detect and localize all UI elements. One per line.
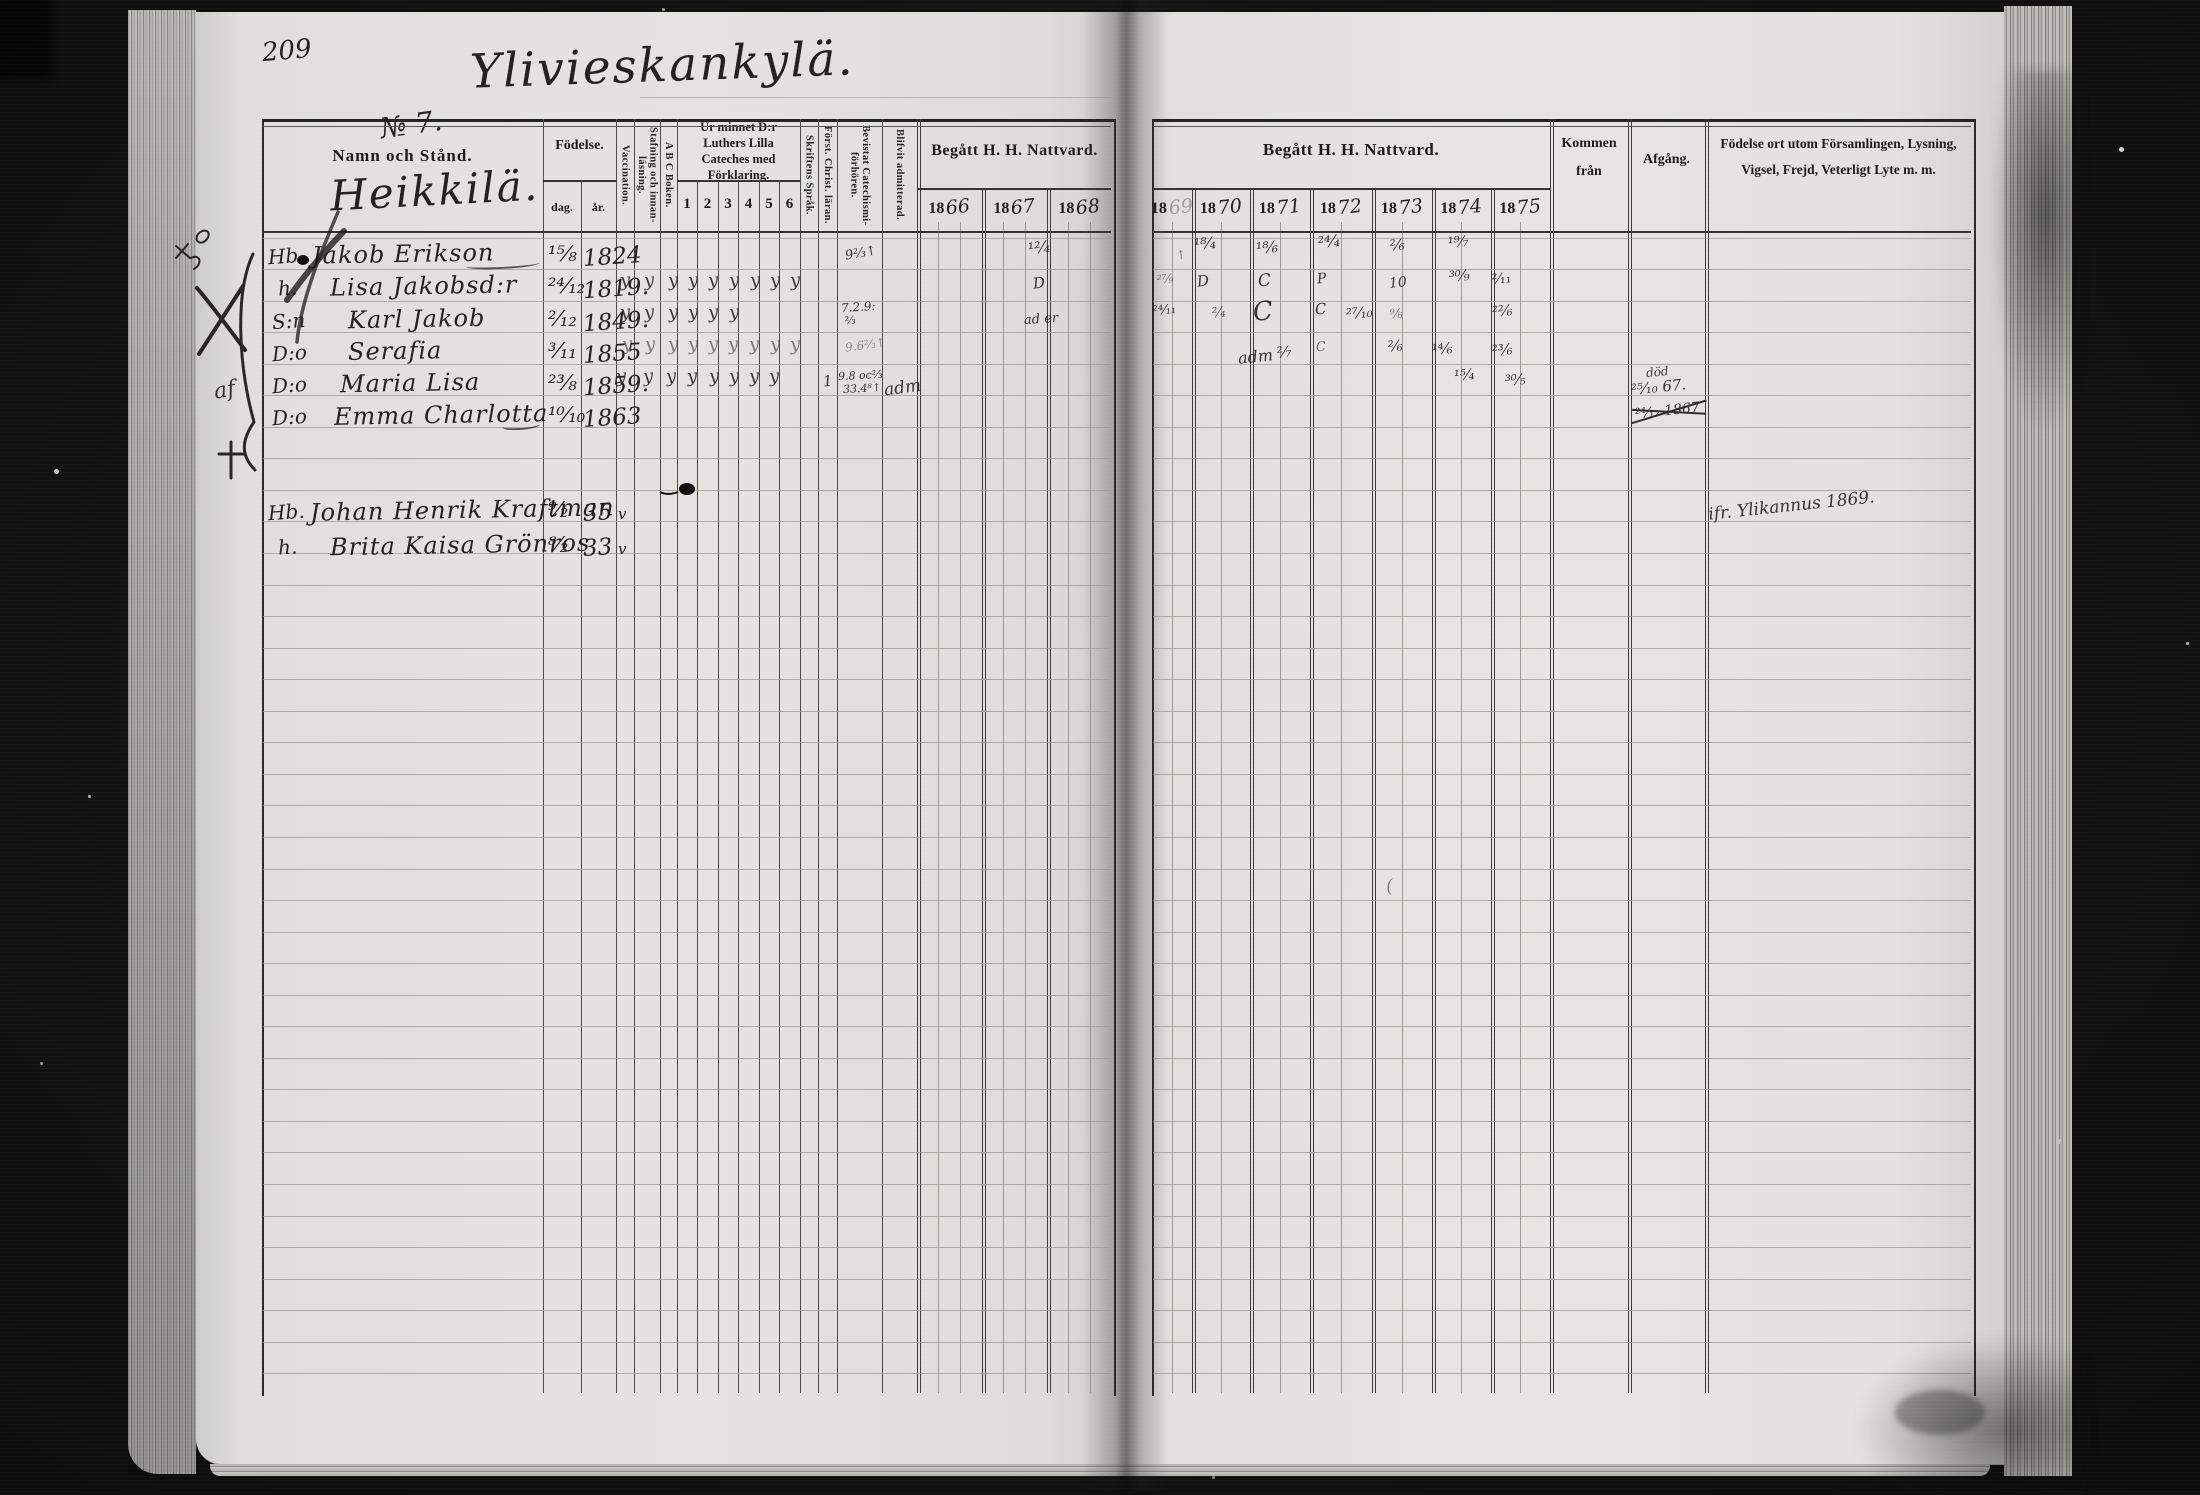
reading-check-mark: y (642, 366, 654, 388)
column-line (1221, 222, 1222, 1393)
column-line (1025, 222, 1026, 1393)
ruled-line (1153, 1310, 1971, 1311)
ruled-line (1153, 231, 1971, 233)
ruled-line (1153, 269, 1971, 270)
stafning-header: Stafning och innan-läsning. (634, 121, 660, 229)
column-line (1341, 222, 1342, 1393)
column-line (1172, 222, 1173, 1393)
reading-check-mark: y (643, 270, 655, 292)
column-line (738, 180, 739, 1393)
column-line (917, 119, 921, 1393)
ruled-line (263, 742, 1111, 743)
column-line (818, 119, 819, 1393)
reading-check-mark: y (728, 366, 740, 388)
row-prefix: S:n (271, 308, 306, 334)
skriftens-label: Skriftens Språk. (803, 135, 814, 215)
abc-label: A B C Boken. (663, 142, 674, 207)
ruled-line (1153, 1279, 1971, 1280)
row-prefix: Hb. (267, 499, 305, 525)
ink-mark: ²⁄₁₁ (1491, 270, 1512, 288)
row-birth-year: 35 (582, 499, 613, 527)
ink-mark: ¹⁸⁄₆ (1255, 237, 1279, 258)
column-line (1432, 188, 1436, 1393)
row-name: Maria Lisa (340, 368, 481, 398)
ruled-line (1153, 1247, 1971, 1248)
ink-mark: ¹⁸⁄₄ (1193, 233, 1217, 254)
ruled-line (263, 1216, 1111, 1217)
column-line (1250, 188, 1254, 1393)
column-line (837, 119, 838, 1393)
reading-check-mark: y (749, 270, 761, 292)
ruled-line (1153, 553, 1971, 554)
row-prefix: D:o (271, 372, 307, 398)
ruled-line (1153, 837, 1971, 838)
ink-mark: P (1316, 271, 1327, 288)
ruled-line (1153, 301, 1971, 302)
ruled-line (1153, 1026, 1971, 1027)
blifvit-header: Blifvit admitterad. (882, 121, 917, 229)
ruled-line (1153, 963, 1971, 964)
reading-check-mark: y (748, 334, 760, 356)
ruled-line (1153, 995, 1971, 996)
ink-mark: 7.2.9: (841, 299, 876, 315)
ruled-line (1153, 427, 1971, 428)
ruled-line (1153, 648, 1971, 649)
row-prefix: h. (277, 275, 298, 300)
column-line (543, 119, 544, 1393)
cateches-header: Ur minnet D:r Luthers Lilla Cateches med… (679, 124, 798, 178)
ink-mark: ¹⁹⁄₇ (1447, 232, 1469, 252)
ink-mark: ²⁴⁄₄ (1317, 231, 1341, 252)
year-printed: 18 (1499, 200, 1515, 218)
row-birth-day: ³⁄₁₁ (548, 339, 577, 363)
page-title: Ylivieskankylä. (469, 31, 855, 99)
ink-mark: ³⁰⁄₅ (1504, 370, 1526, 390)
reading-check-mark: y (728, 302, 740, 324)
cateches-number: 1 (677, 196, 697, 213)
ruled-line (263, 585, 1111, 586)
ink-mark: 1 (822, 372, 833, 391)
reading-check-mark: y (686, 366, 698, 388)
column-line (1628, 119, 1632, 1393)
ruled-line (263, 1058, 1111, 1059)
nattvard-year-cell: 1867 (982, 190, 1047, 228)
column-line (960, 222, 961, 1393)
vaccination-label: Vaccination. (619, 145, 630, 205)
year-handwritten: 71 (1276, 195, 1302, 219)
skriftens-header: Skriftens Språk. (800, 121, 818, 229)
row-birth-day: ¹⁰⁄₁₀ (548, 403, 585, 427)
ruled-line (263, 1026, 1111, 1027)
ruled-line (263, 490, 1111, 491)
column-line (1068, 222, 1069, 1393)
vaccination-header: Vaccination. (616, 121, 634, 229)
nattvard-year-cell: 1872 (1310, 190, 1372, 228)
ruled-line (1153, 711, 1971, 712)
nattvard-year-cell: 1869 (1152, 190, 1192, 228)
ruled-line (263, 963, 1111, 964)
column-line (697, 180, 698, 1393)
year-handwritten: 74 (1457, 195, 1483, 219)
ruled-line (263, 301, 1111, 302)
row-birth-year: 1849. (582, 307, 650, 338)
ink-mark: ²⁄₄ (1211, 304, 1226, 321)
column-line (1310, 188, 1314, 1393)
year-printed: 18 (1440, 200, 1456, 218)
column-line (1280, 222, 1281, 1393)
ink-mark: C (1315, 340, 1326, 356)
reading-check-mark: y (619, 270, 631, 292)
row-vaccination-mark: v (618, 505, 626, 523)
ink-mark: ²⁄₇ (1276, 342, 1292, 361)
reading-check-mark: y (707, 270, 719, 292)
ruled-line (1153, 742, 1971, 743)
column-line (660, 119, 661, 1393)
ruled-line (263, 1089, 1111, 1090)
column-line (800, 119, 801, 1393)
nattvard-year-cell: 1873 (1372, 190, 1432, 228)
reading-check-mark: y (707, 302, 719, 324)
year-printed: 18 (1381, 200, 1397, 218)
column-line (1705, 119, 1709, 1393)
reading-check-mark: y (687, 270, 699, 292)
ruled-line (1153, 1121, 1971, 1122)
ruled-line (263, 774, 1111, 775)
row-birth-day: ²⁴⁄₁₂ (548, 274, 585, 298)
reading-check-mark: y (748, 366, 760, 388)
ink-mark: ³⁰⁄₉ (1448, 266, 1470, 286)
year-printed: 18 (1200, 200, 1216, 218)
ruled-line (263, 995, 1111, 996)
reading-check-mark: y (643, 302, 655, 324)
nattvard-year-cell: 1868 (1047, 190, 1112, 228)
ink-mark: C (1314, 299, 1327, 318)
row-birth-day: ²⁄₁₂ (548, 307, 577, 331)
row-birth-year: 1824 (582, 242, 642, 272)
year-handwritten: 69 (1168, 195, 1194, 219)
reading-check-mark: y (768, 366, 780, 388)
ruled-line (263, 1310, 1111, 1311)
ruled-line (263, 837, 1111, 838)
reading-check-mark: y (687, 334, 699, 356)
ruled-line (1153, 1342, 1971, 1343)
row-prefix: D:o (271, 404, 307, 430)
ink-mark: 33.4⁸↑ (843, 381, 882, 396)
ruled-line (263, 805, 1111, 806)
cateches-number: 4 (738, 196, 759, 213)
remarks-header-1: Födelse ort utom Församlingen, Lysning, (1705, 136, 1972, 152)
row-birth-day: ⁸⁄₂ (548, 533, 568, 557)
ruled-line (1153, 332, 1971, 333)
ruled-line (263, 1121, 1111, 1122)
ruled-line (263, 711, 1111, 712)
row-birth-year: 1863 (582, 403, 642, 433)
forst-christ-label: Först. Christ. läran. (822, 126, 833, 224)
column-line (1461, 222, 1462, 1393)
ruled-line (263, 1342, 1111, 1343)
reading-check-mark: y (621, 334, 633, 356)
ruled-line (1153, 1152, 1971, 1153)
reading-check-mark: y (708, 366, 720, 388)
ruled-line (1153, 679, 1971, 680)
ink-mark: ¹⁴⁄₆ (1431, 339, 1453, 359)
year-handwritten: 67 (1010, 195, 1036, 219)
ruled-line (263, 648, 1111, 649)
column-line (1491, 188, 1495, 1393)
scanned-parish-register-spread: 209 Ylivieskankylä. № 7. Namn och Stånd.… (0, 0, 2200, 1490)
column-line (1192, 188, 1196, 1393)
ruled-line (1153, 774, 1971, 775)
abc-header: A B C Boken. (660, 121, 677, 229)
afgang-header: Afgång. (1628, 152, 1705, 168)
nattvard-year-cell: 1874 (1432, 190, 1491, 228)
ink-mark: ¹²⁄₄ (1027, 237, 1051, 259)
column-line (1090, 222, 1091, 1393)
year-handwritten: 73 (1398, 195, 1424, 219)
ruled-line (1153, 900, 1971, 901)
kommen-fran-header: Kommen (1550, 136, 1628, 152)
row-prefix: h. (277, 534, 298, 559)
row-prefix: D:o (271, 340, 307, 366)
row-birth-day: ⁹⁄₂ (548, 498, 568, 522)
nattvard-year-cell: 1871 (1250, 190, 1310, 228)
row-name: Serafia (348, 336, 443, 366)
nattvard-header-left: Begått H. H. Nattvard. (917, 142, 1112, 160)
ruled-line (263, 1247, 1111, 1248)
remarks-header-2: Vigsel, Frejd, Veterligt Lyte m. m. (1705, 162, 1972, 178)
cateches-number: 3 (718, 196, 738, 213)
ink-mark: ↑ (1175, 248, 1186, 263)
nattvard-year-cell: 1866 (917, 190, 982, 228)
ruled-line (263, 616, 1111, 617)
ink-mark: ²²⁄₆ (1491, 301, 1513, 321)
blifvit-label: Blifvit admitterad. (894, 129, 905, 220)
reading-check-mark: y (667, 302, 679, 324)
column-line (718, 180, 719, 1393)
ink-mark: ²⁄₆ (1387, 336, 1403, 355)
ink-mark: ²⁄₆ (1389, 235, 1405, 254)
ink-mark: D (1032, 273, 1046, 292)
ink-mark: ¹⁵⁄₄ (1453, 365, 1475, 385)
nattvard-year-cell: 1870 (1192, 190, 1250, 228)
ruled-line (263, 238, 1111, 239)
ruled-line (1153, 805, 1971, 806)
column-line (1372, 188, 1376, 1393)
ruled-line (263, 869, 1111, 870)
ink-mark: ⅔ (844, 313, 856, 327)
ruled-line (1153, 1216, 1971, 1217)
nattvard-year-cell: 1875 (1491, 190, 1550, 228)
page-number: 209 (261, 34, 313, 68)
ruled-line (263, 1373, 1111, 1374)
ruled-line (1153, 126, 1971, 127)
forst-christ-header: Först. Christ. läran. (818, 121, 837, 229)
ruled-line (1153, 932, 1971, 933)
row-birth-year: 1855 (582, 339, 642, 369)
ruled-line (263, 458, 1111, 459)
reading-check-mark: y (707, 334, 719, 356)
ink-mark: ²⁷⁄₉ (1156, 271, 1174, 287)
ink-mark: ²⁷⁄₁₀ (1345, 303, 1373, 324)
cateches-number: 5 (759, 196, 779, 213)
cateches-number: 2 (697, 196, 718, 213)
reading-check-mark: y (619, 302, 631, 324)
year-printed: 18 (1259, 200, 1275, 218)
row-name: Lisa Jakobsd:r (330, 270, 518, 301)
column-line (1520, 222, 1521, 1393)
bevistat-label: Bevistat Catechismi-förhören. (848, 123, 871, 227)
ink-mark: ⁹⁄₆ (1389, 306, 1403, 322)
ruled-line (1153, 616, 1971, 617)
ruled-line (1153, 521, 1971, 522)
reading-check-mark: y (644, 334, 656, 356)
ruled-line (677, 180, 800, 182)
ruled-line (263, 231, 1111, 233)
ruled-line (263, 1279, 1111, 1280)
reading-check-mark: y (615, 366, 627, 388)
column-line (759, 180, 760, 1393)
title-rule (640, 97, 1112, 98)
reading-check-mark: y (789, 270, 801, 292)
ruled-line (1153, 364, 1971, 365)
row-name: Karl Jakob (348, 304, 486, 334)
row-birth-day: ²³⁄₈ (548, 371, 577, 395)
year-printed: 18 (1151, 200, 1167, 218)
column-line (938, 222, 939, 1393)
ruled-line (1153, 1058, 1971, 1059)
ruled-line (1153, 1373, 1971, 1374)
reading-check-mark: y (687, 302, 699, 324)
column-line (1550, 119, 1554, 1393)
reading-check-mark: y (667, 334, 679, 356)
row-birth-year: 33 (582, 534, 613, 562)
ruled-line (1153, 395, 1971, 396)
year-handwritten: 68 (1075, 195, 1101, 219)
column-line (581, 180, 582, 1393)
birth-year-header: år. (581, 200, 616, 215)
ruled-line (1153, 458, 1971, 459)
bevistat-header: Bevistat Catechismi-förhören. (837, 121, 882, 229)
year-printed: 18 (993, 200, 1009, 218)
reading-check-mark: y (665, 366, 677, 388)
ruled-line (1153, 1184, 1971, 1185)
ink-mark: ²⁴⁄₁₁ (1152, 302, 1176, 319)
ruled-line (1153, 1089, 1971, 1090)
ruled-line (263, 679, 1111, 680)
row-name: Johan Henrik Kraftman (310, 493, 615, 526)
column-line (982, 188, 986, 1393)
column-line (779, 180, 780, 1393)
column-line (1047, 188, 1051, 1393)
year-printed: 18 (1320, 200, 1336, 218)
ink-mark: D (1196, 271, 1210, 290)
stafning-label: Stafning och innan-läsning. (636, 123, 659, 227)
reading-check-mark: y (769, 334, 781, 356)
reading-check-mark: y (727, 334, 739, 356)
ink-mark: C (1257, 270, 1272, 291)
column-line (882, 119, 883, 1393)
reading-check-mark: y (728, 270, 740, 292)
row-prefix: Hb. (267, 243, 305, 269)
right-table-frame (1152, 119, 1976, 1396)
ruled-line (263, 1184, 1111, 1185)
reading-check-mark: y (769, 270, 781, 292)
row-vaccination-mark: v (618, 540, 626, 558)
row-birth-day: ¹⁵⁄₈ (548, 242, 577, 266)
reading-check-mark: y (667, 270, 679, 292)
row-birth-year: 1819. (582, 274, 650, 305)
birth-day-header: dag. (543, 200, 581, 215)
ink-mark: adm (1237, 345, 1274, 368)
year-handwritten: 72 (1337, 195, 1363, 219)
year-handwritten: 70 (1217, 195, 1243, 219)
kommen-fran-header-2: från (1550, 164, 1628, 180)
ink-mark: ²³⁄₆ (1491, 340, 1513, 360)
table-overlay: 209 Ylivieskankylä. № 7. Namn och Stånd.… (0, 0, 2200, 1490)
ruled-line (263, 900, 1111, 901)
column-line (1003, 222, 1004, 1393)
ink-mark: af (212, 376, 237, 404)
year-handwritten: 75 (1516, 195, 1542, 219)
ruled-line (263, 126, 1111, 127)
birth-header: Födelse. (543, 138, 616, 154)
reading-check-mark: y (789, 334, 801, 356)
ruled-line (263, 932, 1111, 933)
ruled-line (263, 1152, 1111, 1153)
column-line (1402, 222, 1403, 1393)
ink-mark: 10 (1388, 274, 1407, 292)
nattvard-header-right: Begått H. H. Nattvard. (1152, 140, 1550, 160)
year-handwritten: 66 (945, 195, 971, 219)
ruled-line (1153, 585, 1971, 586)
year-printed: 18 (928, 200, 944, 218)
ruled-line (1153, 869, 1971, 870)
cateches-number: 6 (779, 196, 800, 213)
ink-mark: ad er (1024, 311, 1059, 328)
ink-mark: C (1251, 296, 1274, 328)
ruled-line (543, 180, 616, 182)
year-printed: 18 (1058, 200, 1074, 218)
